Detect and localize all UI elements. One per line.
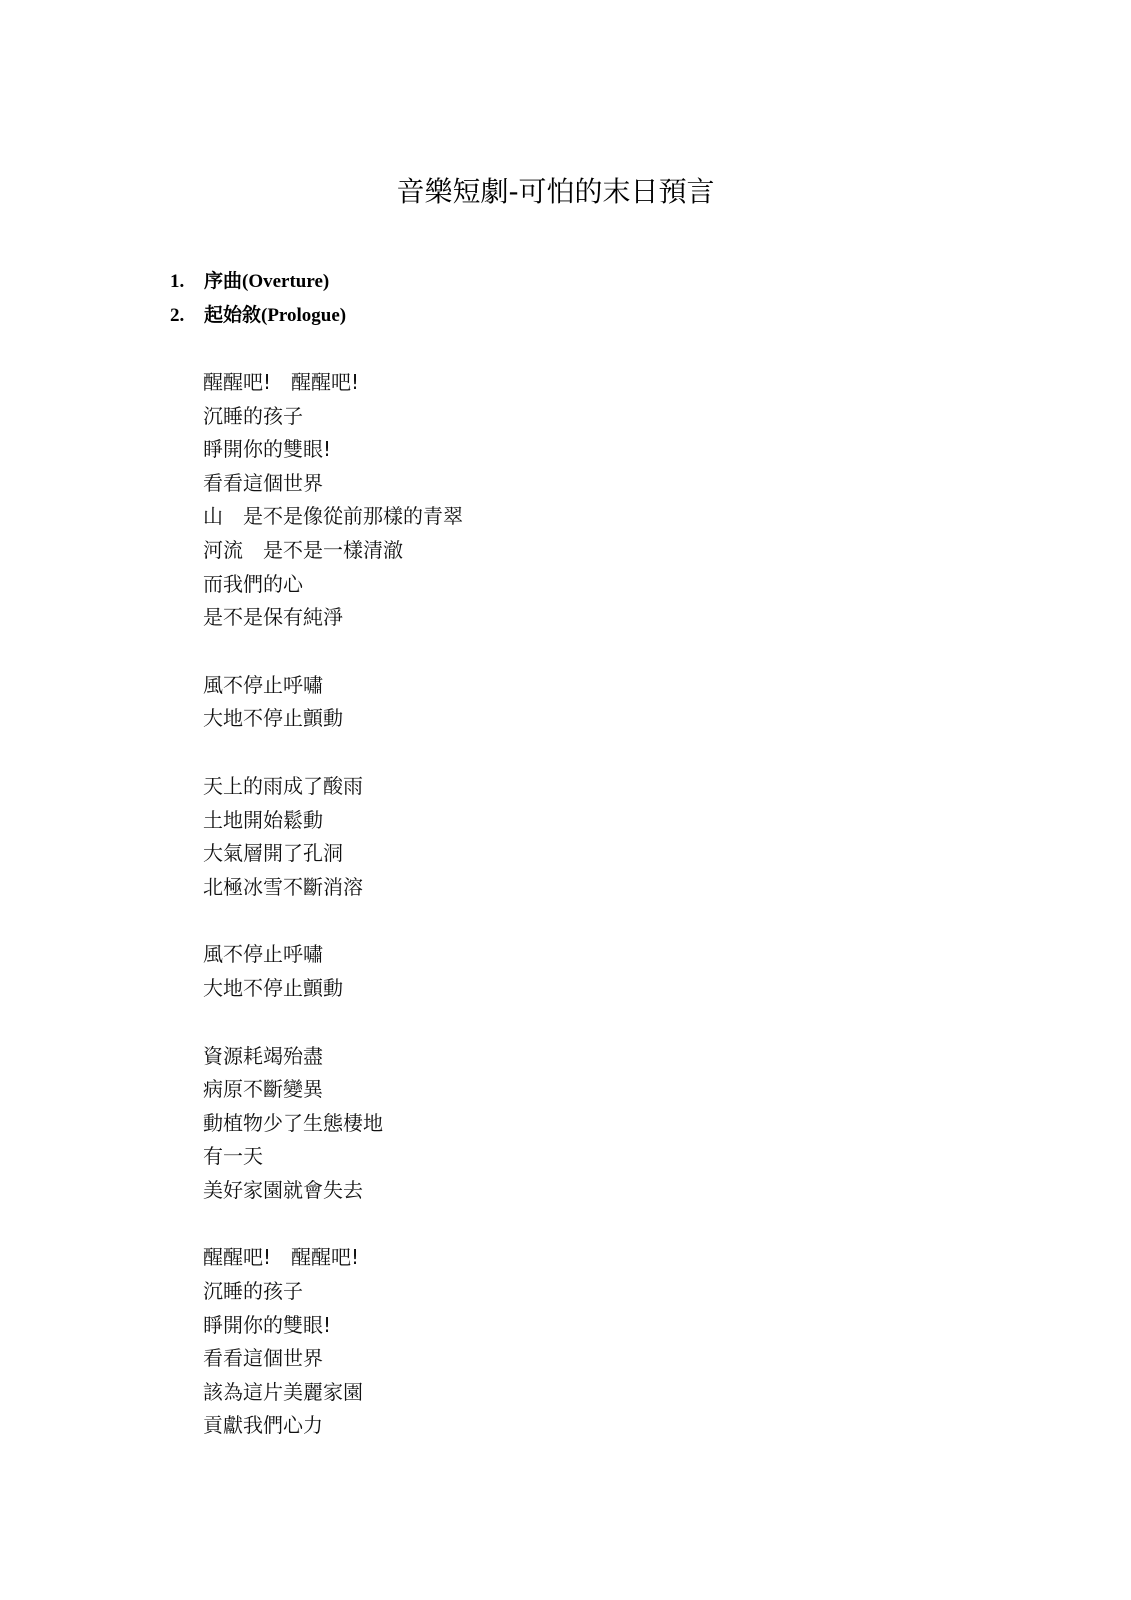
lyric-line: 看看這個世界 — [203, 1342, 463, 1376]
lyric-line: 天上的雨成了酸雨 — [203, 770, 463, 804]
lyric-line: 大地不停止顫動 — [203, 972, 463, 1006]
lyrics-stanza: 天上的雨成了酸雨 土地開始鬆動 大氣層開了孔洞 北極冰雪不斷消溶 — [203, 770, 463, 904]
lyric-line: 看看這個世界 — [203, 467, 463, 501]
section-number: 1. — [170, 271, 204, 293]
lyric-line: 該為這片美麗家園 — [203, 1376, 463, 1410]
lyric-line: 資源耗竭殆盡 — [203, 1040, 463, 1074]
section-label: 起始敘(Prologue) — [204, 300, 346, 327]
lyric-line: 睜開你的雙眼! — [203, 1309, 463, 1343]
section-number: 2. — [170, 305, 204, 327]
lyric-line: 山 是不是像從前那樣的青翠 — [203, 500, 463, 534]
lyric-line: 醒醒吧! 醒醒吧! — [203, 1241, 463, 1275]
document-page: 音樂短劇-可怕的末日預言 1. 序曲(Overture) 2. 起始敘(Prol… — [0, 0, 1131, 1600]
lyric-line: 病原不斷變異 — [203, 1073, 463, 1107]
lyrics-stanza: 醒醒吧! 醒醒吧! 沉睡的孩子 睜開你的雙眼! 看看這個世界 山 是不是像從前那… — [203, 366, 463, 635]
lyric-line: 河流 是不是一樣清澈 — [203, 534, 463, 568]
lyric-line: 大氣層開了孔洞 — [203, 837, 463, 871]
lyric-line: 是不是保有純淨 — [203, 601, 463, 635]
lyric-line: 貢獻我們心力 — [203, 1409, 463, 1443]
lyric-line: 而我們的心 — [203, 568, 463, 602]
lyrics-stanza: 醒醒吧! 醒醒吧! 沉睡的孩子 睜開你的雙眼! 看看這個世界 該為這片美麗家園 … — [203, 1241, 463, 1443]
section-item-prologue: 2. 起始敘(Prologue) — [170, 300, 346, 334]
section-item-overture: 1. 序曲(Overture) — [170, 266, 346, 300]
lyric-line: 大地不停止顫動 — [203, 702, 463, 736]
lyric-line: 睜開你的雙眼! — [203, 433, 463, 467]
lyric-line: 風不停止呼嘯 — [203, 938, 463, 972]
lyric-line: 沉睡的孩子 — [203, 1275, 463, 1309]
lyric-line: 美好家園就會失去 — [203, 1174, 463, 1208]
lyric-line: 有一天 — [203, 1140, 463, 1174]
title-text: 音樂短劇-可怕的末日預言 — [396, 172, 714, 212]
lyric-line: 土地開始鬆動 — [203, 804, 463, 838]
lyrics-stanza: 風不停止呼嘯 大地不停止顫動 — [203, 669, 463, 736]
section-label: 序曲(Overture) — [204, 266, 329, 293]
lyric-line: 沉睡的孩子 — [203, 400, 463, 434]
lyrics-body: 醒醒吧! 醒醒吧! 沉睡的孩子 睜開你的雙眼! 看看這個世界 山 是不是像從前那… — [203, 366, 463, 1477]
lyric-line: 動植物少了生態棲地 — [203, 1107, 463, 1141]
lyric-line: 風不停止呼嘯 — [203, 669, 463, 703]
section-list: 1. 序曲(Overture) 2. 起始敘(Prologue) — [170, 266, 346, 334]
lyrics-stanza: 風不停止呼嘯 大地不停止顫動 — [203, 938, 463, 1005]
lyric-line: 北極冰雪不斷消溶 — [203, 871, 463, 905]
lyrics-stanza: 資源耗竭殆盡 病原不斷變異 動植物少了生態棲地 有一天 美好家園就會失去 — [203, 1040, 463, 1208]
document-title: 音樂短劇-可怕的末日預言 — [0, 172, 1131, 212]
lyric-line: 醒醒吧! 醒醒吧! — [203, 366, 463, 400]
